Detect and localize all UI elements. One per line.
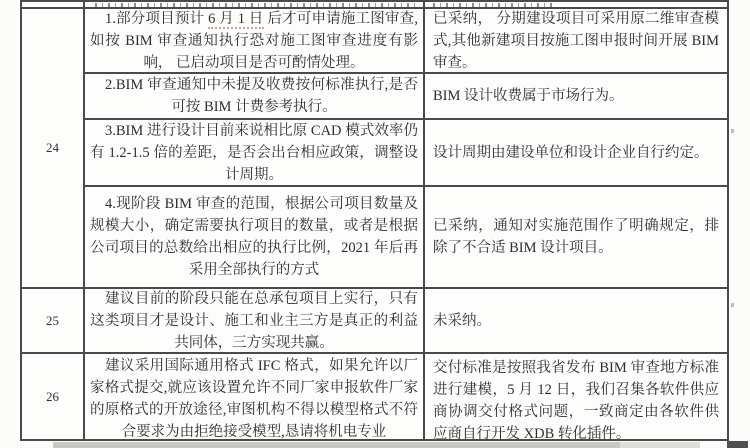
document-page: 24 1.部分项目预计 6 月 1 日 后才可申请施工图审查,如按 BIM 审查… <box>0 0 750 448</box>
question-text: 建议目前的阶段只能在总承包项目上实行，只有这类项目才是设计、施工和业主三方是真正… <box>85 289 423 354</box>
answer-cell-25[interactable]: 未采纳。 <box>425 289 727 354</box>
cell-end-mark <box>731 303 734 307</box>
question-cell-26[interactable]: 建议采用国际通用格式 IFC 格式，如果允许以厂家格式提交,就应该设置允许不同厂… <box>85 354 425 439</box>
question-text: 建议采用国际通用格式 IFC 格式，如果允许以厂家格式提交,就应该设置允许不同厂… <box>85 355 423 439</box>
cell-end-mark <box>731 129 734 133</box>
bottom-edge-strip <box>53 442 620 448</box>
answer-text: 交付标准是按照我省发布 BIM 审查地方标准进行建模，5 月 12 日，我们召集… <box>425 357 727 439</box>
question-text: 3.BIM 进行设计目前来说相比原 CAD 模式效率仍有 1.2-1.5 倍的差… <box>85 120 423 186</box>
answer-text: 未采纳。 <box>425 310 727 332</box>
clipped-text-fragment <box>433 3 553 7</box>
question-cell-25[interactable]: 建议目前的阶段只能在总承包项目上实行，只有这类项目才是设计、施工和业主三方是真正… <box>85 289 425 354</box>
bottom-right-handle <box>727 441 748 448</box>
answer-cell-24-4[interactable]: 已采纳，通知对实施范围作了明确规定，排除了不合适 BIM 设计项目。 <box>425 187 727 289</box>
question-text: 4.现阶段 BIM 审查的范围，根据公司项目数量及规模大小，确定需要执行项目的数… <box>85 193 423 281</box>
row-number-cell[interactable]: 25 <box>22 289 85 354</box>
row-number-cell[interactable]: 26 <box>22 354 85 439</box>
row-number: 25 <box>46 313 59 329</box>
clipped-row-question-cell <box>85 2 425 9</box>
answer-text: BIM 设计收费属于市场行为。 <box>425 85 727 107</box>
answer-cell-24-3[interactable]: 设计周期由建设单位和设计企业自行约定。 <box>425 120 727 187</box>
row-number: 26 <box>46 389 59 405</box>
spellcheck-underlined-date: 6 月 1 日 <box>208 11 263 29</box>
answer-text: 已采纳，通知对实施范围作了明确规定，排除了不合适 BIM 设计项目。 <box>425 215 727 259</box>
qa-table: 24 1.部分项目预计 6 月 1 日 后才可申请施工图审查,如按 BIM 审查… <box>20 0 729 441</box>
row-number-cell[interactable]: 24 <box>22 9 85 289</box>
row-number: 24 <box>46 140 59 156</box>
answer-cell-24-2[interactable]: BIM 设计收费属于市场行为。 <box>425 74 727 120</box>
clipped-text-fragment <box>95 3 415 7</box>
answer-cell-24-1[interactable]: 已采纳， 分期建设项目可采用原二维审查模式,其他新建项目按施工图申报时间开展 B… <box>425 9 727 74</box>
question-cell-24-1[interactable]: 1.部分项目预计 6 月 1 日 后才可申请施工图审查,如按 BIM 审查通知执… <box>85 9 425 74</box>
question-cell-24-4[interactable]: 4.现阶段 BIM 审查的范围，根据公司项目数量及规模大小，确定需要执行项目的数… <box>85 187 425 289</box>
question-text: 2.BIM 审查通知中未提及收费按何标准执行,是否可按 BIM 计费参考执行。 <box>85 74 423 118</box>
answer-text: 设计周期由建设单位和设计企业自行约定。 <box>425 142 727 164</box>
bottom-edge-strip-light <box>620 442 700 448</box>
question-cell-24-3[interactable]: 3.BIM 进行设计目前来说相比原 CAD 模式效率仍有 1.2-1.5 倍的差… <box>85 120 425 187</box>
question-cell-24-2[interactable]: 2.BIM 审查通知中未提及收费按何标准执行,是否可按 BIM 计费参考执行。 <box>85 74 425 120</box>
clipped-row-number-cell <box>22 2 85 9</box>
answer-text: 已采纳， 分期建设项目可采用原二维审查模式,其他新建项目按施工图申报时间开展 B… <box>425 9 727 74</box>
clipped-row-answer-cell <box>425 2 727 9</box>
question-text: 1.部分项目预计 6 月 1 日 后才可申请施工图审查,如按 BIM 审查通知执… <box>85 9 423 74</box>
answer-cell-26[interactable]: 交付标准是按照我省发布 BIM 审查地方标准进行建模，5 月 12 日，我们召集… <box>425 354 727 439</box>
